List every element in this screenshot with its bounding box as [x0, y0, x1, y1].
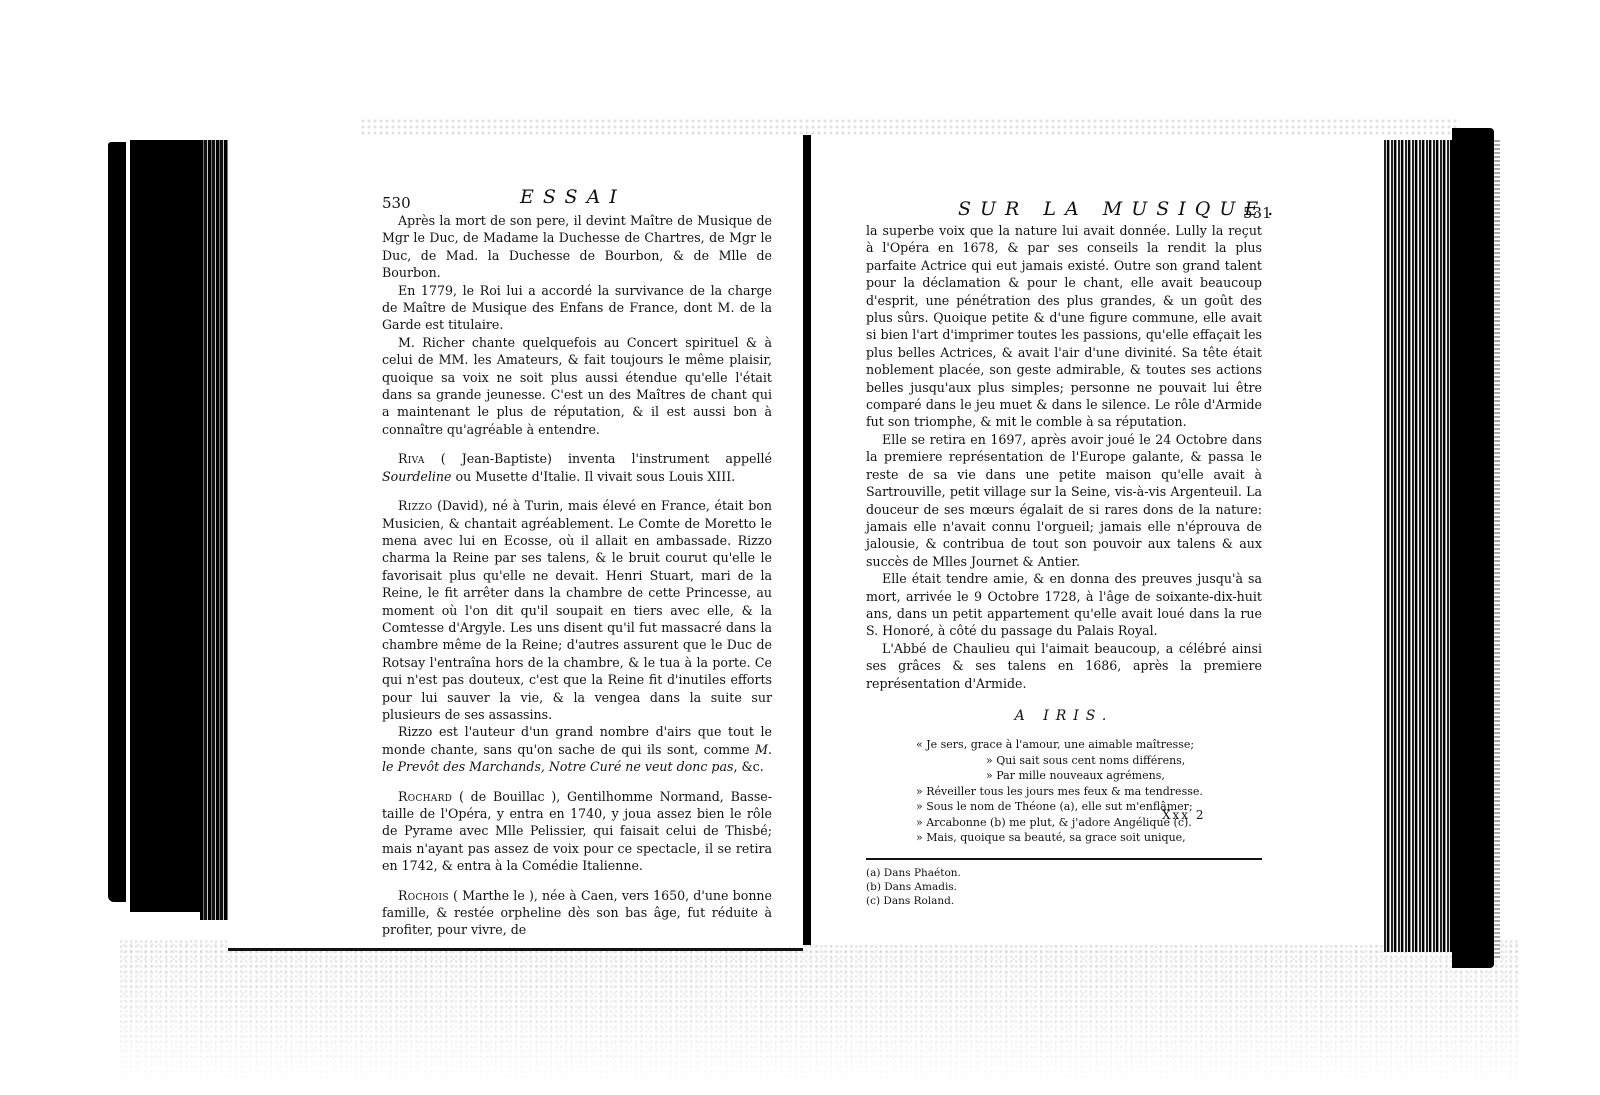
right-cover — [1452, 128, 1494, 968]
paragraph: la superbe voix que la nature lui avait … — [866, 222, 1262, 431]
entry-name: Riva — [398, 451, 425, 466]
right-page-text: la superbe voix que la nature lui avait … — [866, 222, 1262, 908]
entry-name: Rizzo — [398, 498, 432, 513]
right-cover-edge — [1494, 140, 1500, 960]
right-folio: 531 — [1243, 204, 1272, 222]
paragraph: L'Abbé de Chaulieu qui l'aimait beaucoup… — [866, 640, 1262, 692]
right-running-head: SUR LA MUSIQUE. — [958, 198, 1282, 220]
footnote-rule — [866, 858, 1262, 860]
paragraph: M. Richer chante quelquefois au Concert … — [382, 334, 772, 438]
paragraph: Elle se retira en 1697, après avoir joué… — [866, 431, 1262, 570]
entry-italic: Sourdeline — [382, 469, 451, 484]
poem-line: » Mais, quoique sa beauté, sa grace soit… — [916, 830, 1262, 846]
entry-text: (David), né à Turin, mais élevé en Franc… — [382, 498, 772, 722]
left-page-text: Après la mort de son pere, il devint Maî… — [382, 212, 772, 939]
left-folio: 530 — [382, 194, 411, 212]
poem: « Je sers, grace à l'amour, une aimable … — [866, 737, 1262, 846]
entry-name: Rochois — [398, 888, 449, 903]
left-cover-outer — [108, 142, 126, 902]
entry-rochois: Rochois ( Marthe le ), née à Caen, vers … — [382, 887, 772, 939]
poem-line: » Arcabonne (b) me plut, & j'adore Angél… — [916, 815, 1262, 831]
paragraph: Après la mort de son pere, il devint Maî… — [382, 212, 772, 282]
entry-text: ( Jean-Baptiste) inventa l'instrument ap… — [441, 451, 772, 466]
background-shadow-top — [360, 118, 1460, 136]
entry-after: , &c. — [733, 759, 763, 774]
entry-riva: Riva ( Jean-Baptiste) inventa l'instrume… — [382, 450, 772, 485]
footnote: (a) Dans Phaéton. — [866, 866, 1262, 880]
footnote: (c) Dans Roland. — [866, 894, 1262, 908]
poem-title: A IRIS. — [866, 708, 1262, 725]
poem-line: » Réveiller tous les jours mes feux & ma… — [916, 784, 1262, 800]
right-page-edges — [1384, 140, 1452, 952]
entry-rizzo: Rizzo (David), né à Turin, mais élevé en… — [382, 497, 772, 723]
left-running-head: ESSAI — [520, 186, 626, 208]
left-cover — [130, 140, 200, 912]
paragraph: En 1779, le Roi lui a accordé la surviva… — [382, 282, 772, 334]
poem-line: » Par mille nouveaux agrémens, — [916, 768, 1262, 784]
background-shadow-floor — [120, 940, 1520, 1090]
entry-name: Rochard — [398, 789, 452, 804]
entry-after: ou Musette d'Italie. Il vivait sous Loui… — [451, 469, 735, 484]
entry-rochard: Rochard ( de Bouillac ), Gentilhomme Nor… — [382, 788, 772, 875]
poem-line: « Je sers, grace à l'amour, une aimable … — [916, 737, 1262, 753]
entry-text: Rizzo est l'auteur d'un grand nombre d'a… — [382, 724, 772, 756]
entry-rizzo-cont: Rizzo est l'auteur d'un grand nombre d'a… — [382, 723, 772, 775]
paragraph: Elle était tendre amie, & en donna des p… — [866, 570, 1262, 640]
gutter — [803, 135, 811, 945]
footnote: (b) Dans Amadis. — [866, 880, 1262, 894]
poem-line: » Sous le nom de Théone (a), elle sut m'… — [916, 799, 1262, 815]
signature-mark: Xxx 2 — [1162, 808, 1206, 822]
poem-line: » Qui sait sous cent noms différens, — [916, 753, 1262, 769]
left-page-edges — [200, 140, 230, 920]
